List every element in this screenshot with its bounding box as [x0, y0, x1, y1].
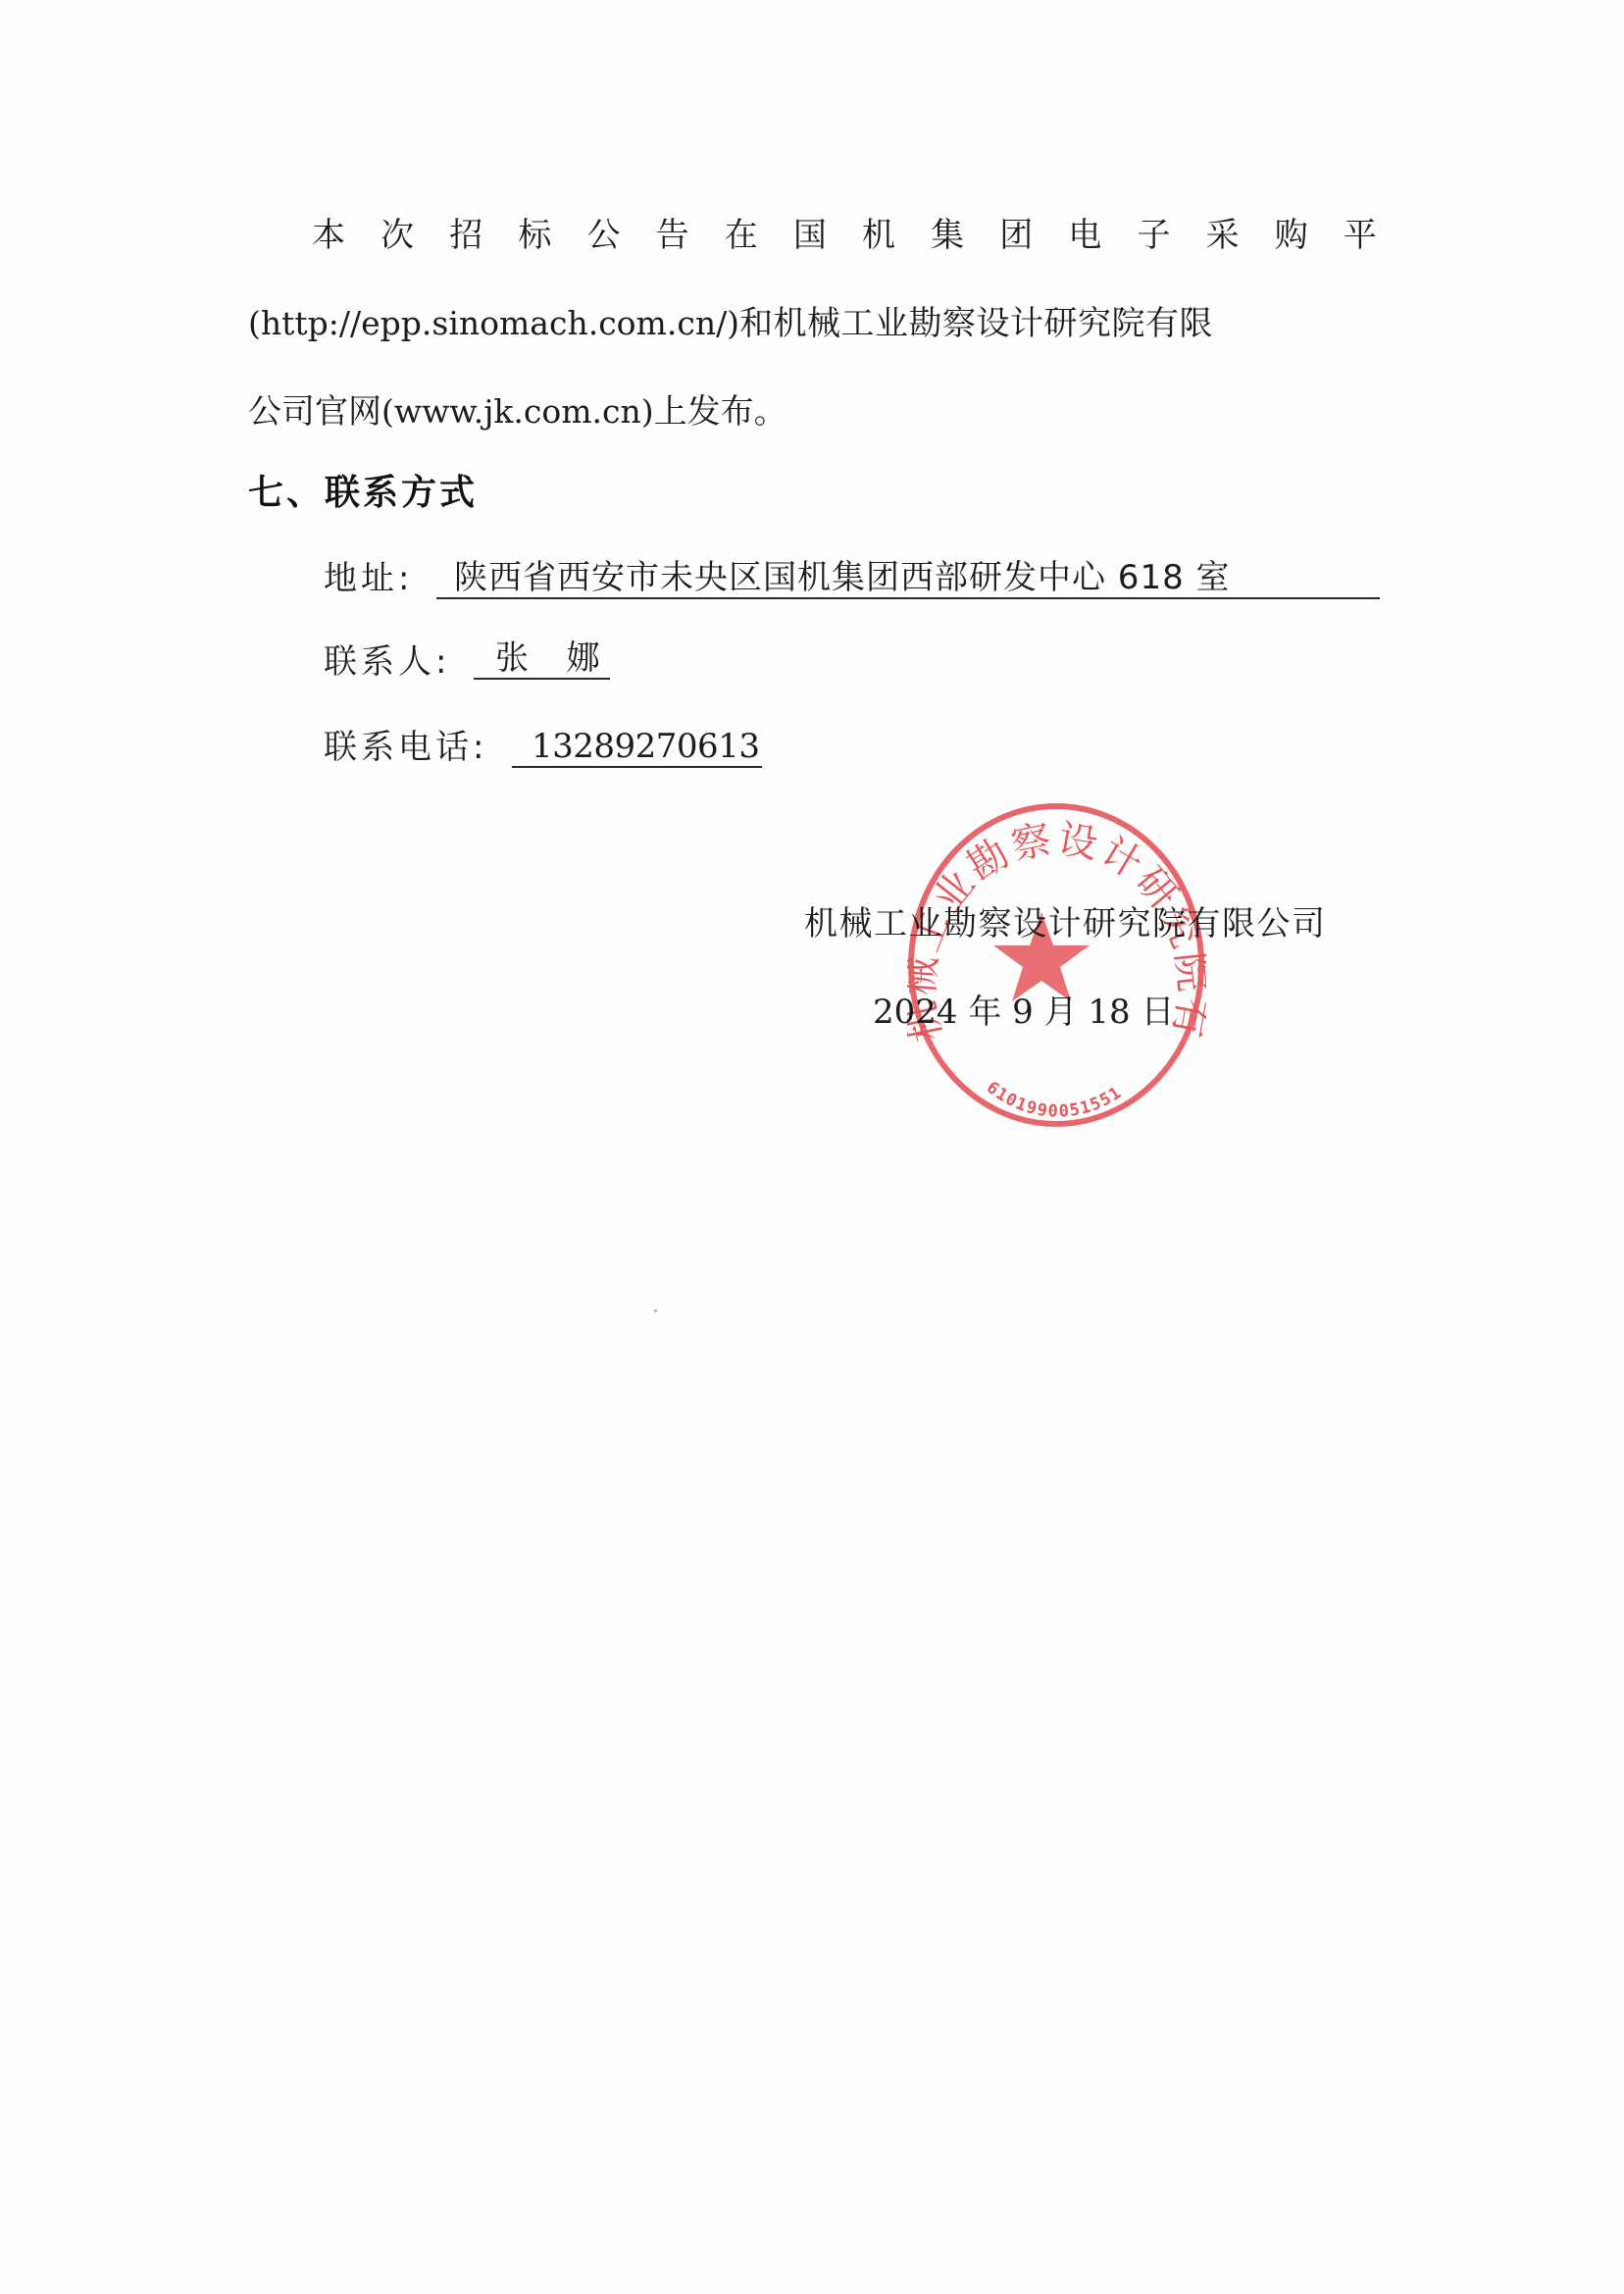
section-heading-contact: 七、联系方式 — [248, 473, 478, 514]
paragraph-text: 和机械工业勘察设计研究院有限 — [739, 304, 1213, 343]
address-value: 陕西省西安市未央区国机集团西部研发中心 618 室 — [436, 558, 1380, 599]
announcement-paragraph-line-1: 本 次 招 标 公 告 在 国 机 集 团 电 子 采 购 平 — [312, 216, 1377, 255]
char: 集 — [931, 216, 964, 255]
signature-date: 2024 年 9 月 18 日 — [873, 993, 1174, 1032]
announcement-paragraph-line-2: (http://epp.sinomach.com.cn/)和机械工业勘察设计研究… — [248, 304, 1378, 343]
char: 本 — [312, 216, 345, 255]
scan-speck — [654, 1309, 657, 1312]
phone-label: 联系电话: — [324, 728, 487, 767]
char: 次 — [381, 216, 414, 255]
phone-value: 13289270613 — [512, 727, 762, 768]
char: 电 — [1068, 216, 1101, 255]
signature-company-name: 机械工业勘察设计研究院有限公司 — [804, 904, 1327, 943]
platform-url-link[interactable]: (http://epp.sinomach.com.cn/) — [248, 304, 739, 342]
char: 告 — [656, 216, 689, 255]
char: 购 — [1275, 216, 1308, 255]
char: 标 — [518, 216, 551, 255]
paragraph-text: 公司官网 — [248, 392, 381, 432]
char: 国 — [793, 216, 827, 255]
char: 子 — [1138, 216, 1171, 255]
document-page: 本 次 招 标 公 告 在 国 机 集 团 电 子 采 购 平 (http://… — [0, 0, 1624, 2294]
company-seal-stamp-icon: 机械工业勘察设计研究院有限公司 6101990051551 — [907, 802, 1206, 1128]
company-website-link[interactable]: (www.jk.com.cn) — [381, 392, 654, 431]
contact-person-label: 联系人: — [324, 642, 450, 682]
char: 采 — [1206, 216, 1240, 255]
char: 机 — [862, 216, 895, 255]
char: 公 — [587, 216, 621, 255]
char: 招 — [449, 216, 482, 255]
address-label: 地址: — [324, 559, 413, 598]
char: 平 — [1344, 216, 1377, 255]
char: 团 — [999, 216, 1033, 255]
announcement-paragraph-line-3: 公司官网(www.jk.com.cn)上发布。 — [248, 392, 787, 432]
char: 在 — [725, 216, 758, 255]
paragraph-text: 上发布。 — [654, 392, 787, 432]
contact-person-value: 张 娜 — [474, 638, 610, 680]
